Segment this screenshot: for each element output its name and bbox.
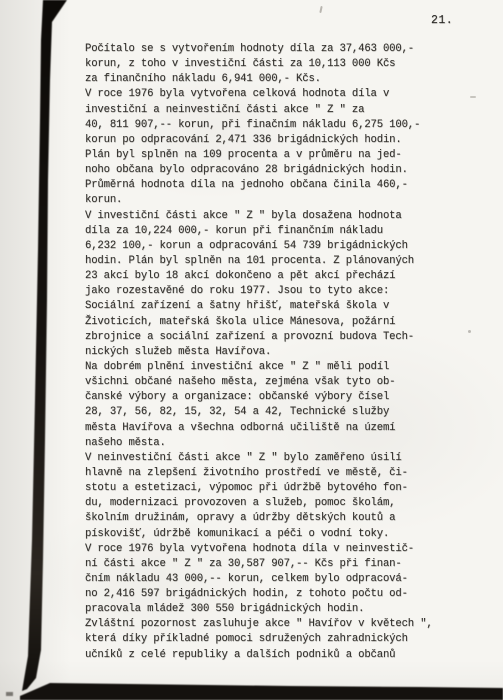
text-line: čanské výbory a organizace: občanské výb… <box>85 390 490 405</box>
scan-speck-top <box>319 6 322 13</box>
scanned-document-page: 21. Počítalo se s vytvořením hodnoty díl… <box>0 0 503 700</box>
text-line: 28, 37, 56, 82, 15, 32, 54 a 42, Technic… <box>85 405 490 420</box>
binding-band-bottom <box>20 683 503 700</box>
text-line: du, modernizaci provozoven a služeb, pom… <box>85 496 490 511</box>
text-line: no 2,416 597 brigádnických hodin, z toho… <box>85 587 490 602</box>
text-line: V roce 1976 byla vytvořena hodnota díla … <box>85 542 490 557</box>
text-line: V roce 1976 byla vytvořena celková hodno… <box>85 87 490 102</box>
text-line: nických služeb města Havířova. <box>85 345 490 360</box>
text-line: korun po odpracování 2,471 336 brigádnic… <box>85 133 490 148</box>
text-line: Počítalo se s vytvořením hodnoty díla za… <box>85 42 490 57</box>
text-line: učníků z celé republiky a dalších podnik… <box>85 648 490 663</box>
text-line: která díky příkladné pomoci sdružených z… <box>85 632 490 647</box>
text-line: našeho města. <box>85 436 490 451</box>
text-line: stotu a estetizaci, výpomoc při údržbě b… <box>85 481 490 496</box>
text-line: hlavně na zlepšení životního prostředí v… <box>85 466 490 481</box>
text-line: Sociální zařízení a šatny hřišť, mateřsk… <box>85 299 490 314</box>
page-number: 21. <box>431 14 453 27</box>
text-line: čním nákladu 43 000,-- korun, celkem byl… <box>85 572 490 587</box>
text-line: V neinvestiční části akce " Z " bylo zam… <box>85 451 490 466</box>
text-line: města Havířova a všechna odborná učilišt… <box>85 421 490 436</box>
text-line: školním družinám, opravy a údržby dětský… <box>85 511 490 526</box>
text-line: ní části akce " Z " za 30,587 907,-- Kčs… <box>85 557 490 572</box>
text-line: noho občana bylo odpracováno 28 brigádni… <box>85 163 490 178</box>
text-line: Na dobrém plnění investiční akce " Z " m… <box>85 360 490 375</box>
text-line: V investiční části akce " Z " byla dosaž… <box>85 209 490 224</box>
text-line: pískovišť, údržbě komunikací a péči o vo… <box>85 527 490 542</box>
text-line: díla za 10,224 000,- korun při finančním… <box>85 224 490 239</box>
scan-speck-bottom-left <box>6 692 13 696</box>
body-text: Počítalo se s vytvořením hodnoty díla za… <box>85 42 490 663</box>
text-line: za finančního nákladu 6,941 000,- Kčs. <box>85 72 490 87</box>
text-line: Zvláštní pozornost zasluhuje akce " Haví… <box>85 617 490 632</box>
text-line: korun. <box>85 193 490 208</box>
text-line: Plán byl splněn na 109 procenta a v prům… <box>85 148 490 163</box>
text-line: korun, z toho v investiční části za 10,1… <box>85 57 490 72</box>
text-line: 23 akcí bylo 18 akcí dokončeno a pět akc… <box>85 269 490 284</box>
text-line: zbrojnice a sociální zařízení a provozní… <box>85 330 490 345</box>
text-line: jako rozestavěné do roku 1977. Jsou to t… <box>85 284 490 299</box>
text-line: Životicích, mateřská škola ulice Mánesov… <box>85 315 490 330</box>
text-line: 40, 811 907,-- korun, při finačním nákla… <box>85 118 490 133</box>
text-line: hodin. Plán byl splněn na 101 procenta. … <box>85 254 490 269</box>
text-line: investiční a neinvestiční části akce " Z… <box>85 103 490 118</box>
binding-strip-left <box>22 0 67 691</box>
text-line: 6,232 100,- korun a odpracování 54 739 b… <box>85 239 490 254</box>
text-line: Průměrná hodnota díla na jednoho občana … <box>85 178 490 193</box>
text-line: všichni občané našeho města, zejména vša… <box>85 375 490 390</box>
text-line: pracovala mládež 300 550 brigádnických h… <box>85 602 490 617</box>
